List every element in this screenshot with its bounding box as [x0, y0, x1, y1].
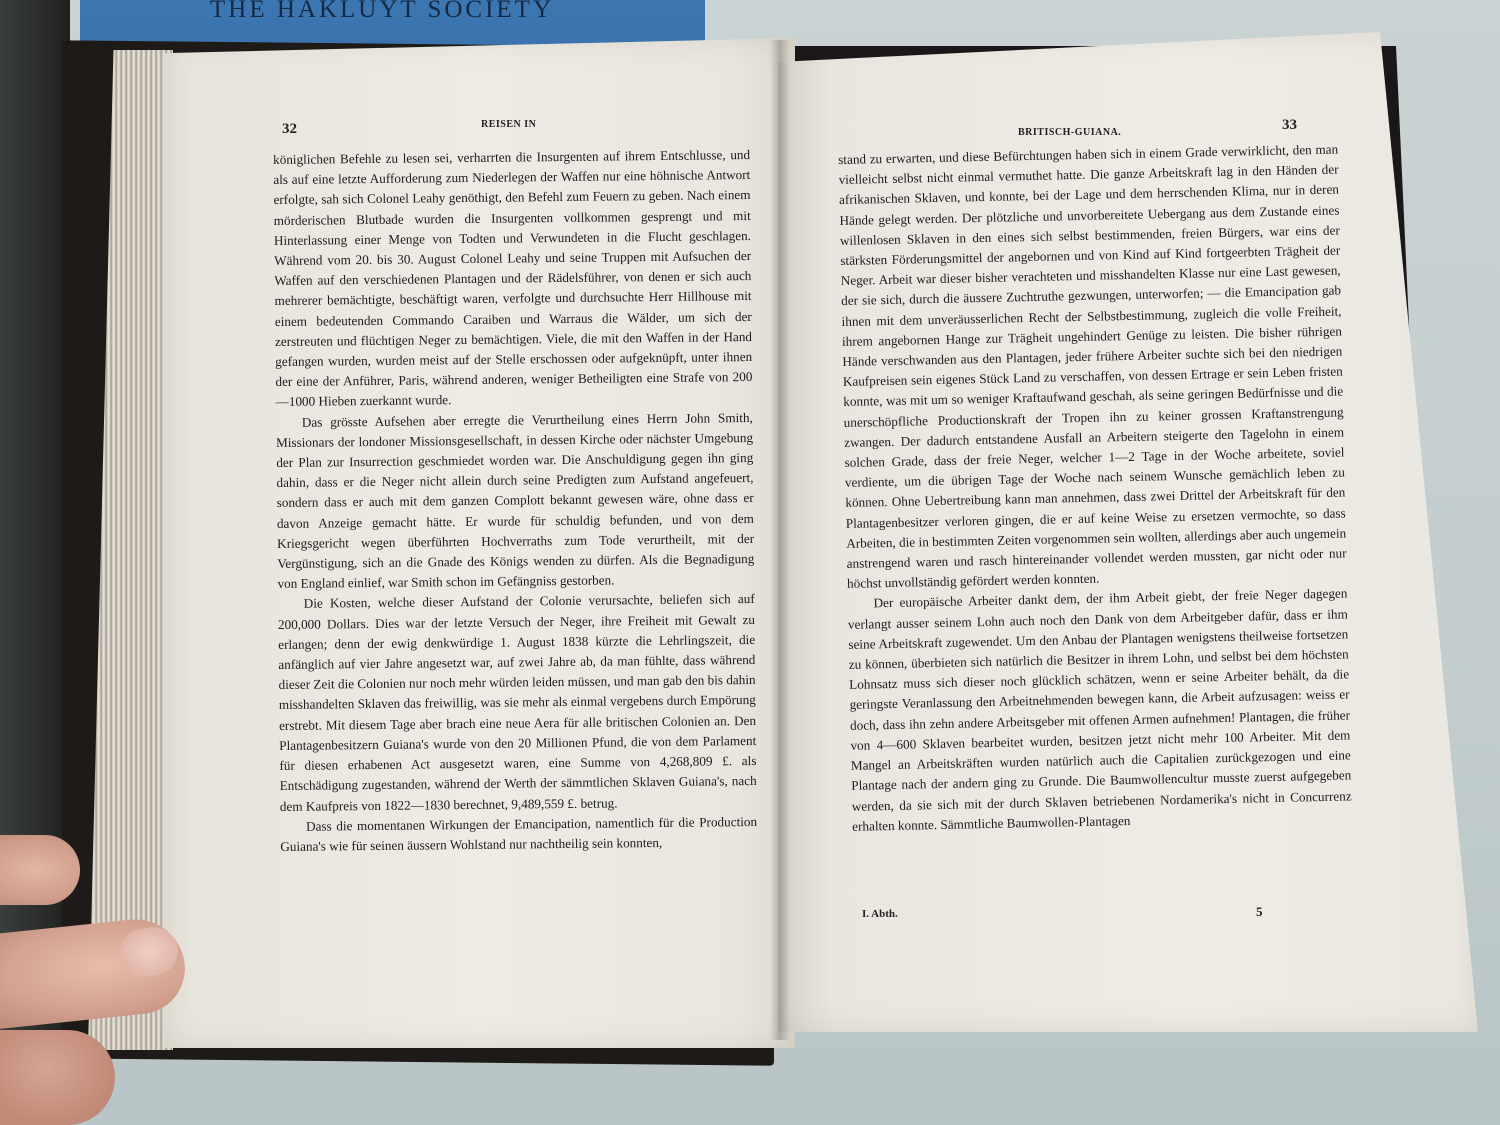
hand-holding-book [0, 830, 190, 1125]
paragraph: stand zu erwarten, und diese Befürchtung… [838, 140, 1347, 595]
right-running-head: BRITISCH-GUIANA. [1018, 127, 1121, 138]
footer-signature-mark: 5 [1256, 904, 1263, 920]
footer-section-mark: I. Abth. [862, 908, 898, 920]
left-page-number: 32 [282, 121, 297, 138]
index-finger [0, 835, 80, 905]
paragraph: Die Kosten, welche dieser Aufstand der C… [278, 589, 757, 816]
right-page-body: stand zu erwarten, und diese Befürchtung… [838, 140, 1352, 837]
right-page-number: 33 [1282, 117, 1297, 134]
left-page-body: königlichen Befehle zu lesen sei, verhar… [273, 145, 757, 857]
book-gutter [770, 40, 790, 1040]
blue-book-title: THE HAKLUYT SOCIETY [210, 0, 554, 24]
lower-finger [0, 1030, 115, 1125]
paragraph: königlichen Befehle zu lesen sei, verhar… [273, 145, 753, 413]
paragraph: Dass die momentanen Wirkungen der Emanci… [280, 812, 757, 857]
paragraph: Das grösste Aufsehen aber erregte die Ve… [276, 408, 755, 595]
paragraph: Der europäische Arbeiter dankt dem, der … [847, 584, 1352, 837]
left-running-head: REISEN IN [481, 119, 536, 130]
